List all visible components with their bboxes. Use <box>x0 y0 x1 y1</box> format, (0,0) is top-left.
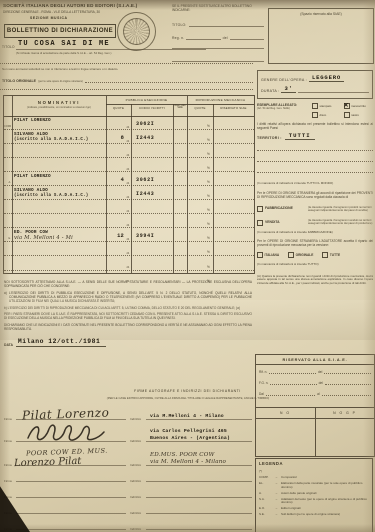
percent-mark: % <box>207 152 210 156</box>
siae-grid-col-nogp: N O G P <box>316 408 375 456</box>
signature-row: Firma Indirizzo via Carlos Pellegrini 46… <box>4 422 254 444</box>
siae-declaration-form-scan: SOCIETÀ ITALIANA DEGLI AUTORI ED EDITORI… <box>0 0 375 532</box>
address-text-2: via M. Melloni 4 - Milano <box>150 459 226 465</box>
percent-mark: % <box>207 265 210 269</box>
legend-item: S.A. – Adattatori del testo (per le oper… <box>259 498 369 505</box>
col-codici-iscritti: CODICI ISCRITTI <box>131 106 173 110</box>
quote-denominator: 24 <box>127 168 130 171</box>
checkbox-checked-icon: ✕ <box>344 103 350 109</box>
group-riproduzione-meccanica: RIPRODUZIONE MECCANICA <box>187 98 254 102</box>
col-nominativi-note: (indicare, possibilmente, un nominativo … <box>13 107 105 110</box>
fabbricazione-default-note: (In mancanza di indicazioni si intende F… <box>257 230 373 234</box>
legend-desc: Sub Editori (per le opere di origine str… <box>281 513 369 517</box>
territories-value: TUTTI <box>285 132 315 140</box>
clause-note: (la clausola riguarda i fonogrammi vendu… <box>308 219 373 226</box>
percent-mark: % <box>207 236 210 240</box>
quote-denominator: 24 <box>127 224 130 227</box>
table-row: E. ED. POOR COW via M. Melloni 4 - Mi 12… <box>4 228 254 242</box>
legend-title: LEGENDA <box>259 461 369 466</box>
checkbox-italiana: ITALIANA <box>257 252 279 258</box>
table-row: 24 % <box>4 256 254 270</box>
address-text-1: via M.Melloni 4 - Milano <box>150 414 224 419</box>
signature-line <box>16 497 126 498</box>
fabbricazione-clause: FABBRICAZIONE (la clausola riguarda i fo… <box>257 206 373 213</box>
territories-intro: I diritti relativi all'opera dichiarata … <box>257 122 373 130</box>
signature-row: Firma POOR COW ED. MUS. Lorenzo Pilat In… <box>4 444 254 468</box>
col-riservato-siae: RISERVATO SIAE <box>213 106 254 110</box>
signature-row: Firma Indirizzo <box>4 484 254 500</box>
blank-dotted-rule <box>257 161 373 162</box>
legend-desc: Autori delle parole originali <box>281 492 369 496</box>
row-category-tag: A. <box>4 181 11 184</box>
version-checkboxes: ITALIANA ORIGINALE TUTTE <box>257 252 373 258</box>
duration-label: DURATA : <box>261 89 279 93</box>
quote-denominator: 24 <box>127 210 130 213</box>
legend-abbr: S.E. <box>259 513 272 517</box>
member-code: I2443 <box>136 191 155 197</box>
attached-copy-sub: (Art. 54 del Reg. Gen. SIAE) <box>257 107 309 110</box>
indirizzo-label: Indirizzo <box>130 479 141 483</box>
member-code: I2443 <box>136 135 155 141</box>
subtitle-rule-note: Non sono ammessi sottotitoli se non si r… <box>2 67 118 71</box>
legend-item: COMP. – Compositori <box>259 476 369 480</box>
signature-line <box>16 481 126 482</box>
checkbox-label: ORIGINALE <box>296 253 314 257</box>
blank-dotted-rule <box>257 150 373 151</box>
field-label: al <box>317 392 319 396</box>
firma-label: Firma <box>4 479 12 483</box>
original-title-field: TITOLO ORIGINALE (per le sole opere di o… <box>2 77 253 83</box>
checkbox-icon <box>344 112 350 118</box>
checkbox-label: ITALIANA <box>265 253 280 257</box>
signatures-list: Firma Pilat Lorenzo Indirizzo via M.Mell… <box>4 402 254 532</box>
percent-mark: % <box>207 124 210 128</box>
clause-note: (la clausola riguarda i fonogrammi prodo… <box>308 206 373 213</box>
vendita-clause: VENDITA (la clausola riguarda i fonogram… <box>257 219 373 226</box>
col-header-nogp: N O G P <box>316 408 375 419</box>
table-header: NOMINATIVI (indicare, possibilmente, un … <box>4 96 254 117</box>
declarant-detail: (iscritto alla S.A.D.A.I.C.) <box>14 138 88 142</box>
checkbox-nastro: nastro <box>344 112 374 118</box>
field-label: del <box>319 381 323 385</box>
declarant-name: ED. POOR COW <box>14 230 48 235</box>
legend-items: COMP. – Compositori EL. – Elaboratori de… <box>259 476 369 517</box>
dal-al-field: Dal al <box>259 391 371 396</box>
indirizzo-label: Indirizzo <box>130 439 141 443</box>
col-riservato-siae-small: Riser- vato SIAE <box>173 105 187 110</box>
signature-row: Firma Indirizzo <box>4 516 254 532</box>
date-value: Milano 12/ott./1981 <box>16 338 106 347</box>
legend-item: E.O. – Editori originali <box>259 507 369 511</box>
field-label: del <box>223 36 228 40</box>
legend-item: A. – Autori delle parole originali <box>259 492 369 496</box>
genre-value: LEGGERO <box>309 74 344 82</box>
declarant-name: SILVANO ALDO <box>14 132 48 137</box>
siae-reserved-label: (Spazio riservato alla SIAE) <box>269 12 373 16</box>
table-vline <box>187 96 188 273</box>
stamp-emblem <box>123 18 150 45</box>
world-default-note: (In mancanza di indicazioni s'intende TU… <box>257 181 373 185</box>
checkbox-label: VENDITA <box>265 220 280 224</box>
signature-row: Firma Indirizzo <box>4 468 254 484</box>
duration-field: DURATA : 3' <box>261 85 369 93</box>
col-quote-rm: QUOTE <box>187 106 213 110</box>
signature-line <box>16 529 126 530</box>
declaration-p2: a) L'ESERCIZIO DEI DIRITTI DI PUBBLICA E… <box>4 291 252 303</box>
work-title-value: TU COSA SAI DI ME <box>18 40 110 48</box>
original-title-label: TITOLO ORIGINALE <box>2 79 36 83</box>
quote-denominator: 24 <box>127 196 130 199</box>
legend-desc: Adattatori del testo (per le opere di or… <box>281 498 369 505</box>
percent-mark: % <box>207 222 210 226</box>
firma-label: Firma <box>4 495 12 499</box>
siae-round-stamp-icon <box>117 12 156 51</box>
quote-value: 8 <box>104 135 124 141</box>
table-row: 24 % <box>4 158 254 172</box>
society-section: SEZIONE MUSICA <box>30 16 68 20</box>
checkbox-icon <box>257 206 263 212</box>
table-vline <box>106 96 107 273</box>
legend-desc: Editori originali <box>281 507 369 511</box>
declarant-detail: (iscritto alla S.A.D.A.I.C.) <box>14 194 88 198</box>
table-row: 24 % <box>4 144 254 158</box>
declaration-p4: PER I PAESI STRANIERI DOVE LA S.I.A.E. È… <box>4 312 252 320</box>
genre-label: GENERE DELL'OPERA : <box>261 78 307 82</box>
percent-mark: % <box>207 250 210 254</box>
address-line <box>146 529 252 530</box>
percent-mark: % <box>207 138 210 142</box>
percent-mark: % <box>207 194 210 198</box>
table-row: 24 % <box>4 214 254 228</box>
genre-field: GENERE DELL'OPERA : LEGGERO <box>261 74 369 82</box>
field-label: Reg. n. <box>172 36 184 40</box>
checkbox-label: disco <box>320 113 327 117</box>
legend-abbr: COMP. <box>259 476 272 480</box>
table-vline <box>12 96 13 273</box>
checkbox-icon <box>257 220 263 226</box>
quote-denominator: 24 <box>127 266 130 269</box>
title-underline <box>16 49 206 50</box>
declarants-table: NOMINATIVI (indicare, possibilmente, un … <box>3 95 255 274</box>
declaration-p3: b) L'ESERCIZIO DEI DIRITTI DI RIPRODUZIO… <box>4 306 252 310</box>
table-row: COMP. PILAT LORENZO 24 3062I % <box>4 116 254 130</box>
siae-reserved-title: RISERVATO ALLA S.I.A.E. <box>256 355 374 365</box>
signature-line <box>16 513 126 514</box>
legend-abbr: E.O. <box>259 507 272 511</box>
original-title-note: (per le sole opere di origine straniera) <box>38 80 83 83</box>
legend-item: EL. – Elaboratori della parte musicale (… <box>259 482 369 489</box>
checkbox-originale: ORIGINALE <box>288 252 313 258</box>
territories-label: TERRITORI : <box>257 136 282 140</box>
firma-label: Firma <box>4 417 12 421</box>
checkbox-tutte: TUTTE <box>322 252 340 258</box>
col-header-no: N O <box>256 408 315 419</box>
firma-label: Firma <box>4 527 12 531</box>
foreign-works-clause: Per le OPERE DI ORIGINE STRANIERA gli ac… <box>257 191 373 199</box>
substitute-note: SE IL PRESENTE SOSTITUISCE ALTRO BOLLETT… <box>172 4 264 12</box>
indirizzo-label: Indirizzo <box>130 417 141 421</box>
siae-grid-col-no: N O <box>256 408 316 456</box>
legend-dash: – <box>274 482 279 489</box>
tutto-default-note: (In mancanza di indicazioni si intende T… <box>257 262 373 266</box>
table-row: SILVANO ALDO (iscritto alla S.A.D.A.I.C.… <box>4 130 254 144</box>
attached-copy-block: ESEMPLARE ALLEGATO: (Art. 54 del Reg. Ge… <box>257 103 373 118</box>
address-line <box>146 441 252 442</box>
declarant-name: SILVANO ALDO <box>14 188 48 193</box>
address-line <box>146 497 252 498</box>
declarant-name: PILAT LORENZO <box>14 118 51 123</box>
legend-dash: – <box>274 498 279 505</box>
legend-abbr: A. <box>259 492 272 496</box>
legend-desc: Compositori <box>281 476 369 480</box>
declarant-detail: via M. Melloni 4 - Mi <box>14 235 73 241</box>
siae-reserved-box: RISERVATO ALLA S.I.A.E. Rif. n. del F.G.… <box>255 354 375 457</box>
note-a: (A) Qualora la presente dichiarazione no… <box>257 275 373 286</box>
quote-denominator: 24 <box>127 238 130 241</box>
quote-denominator: 24 <box>127 140 130 143</box>
checkbox-icon <box>288 252 294 258</box>
declarant-name: PILAT LORENZO <box>14 174 51 179</box>
col-quote-pe: QUOTE <box>106 106 131 110</box>
legend-abbr: EL. <box>259 482 272 489</box>
row-category-tag: E. <box>4 237 11 240</box>
legend-star: (*) <box>259 469 369 473</box>
checkbox-label: manoscritto <box>351 104 366 108</box>
field-label: Dal <box>259 392 264 396</box>
legend-item: S.E. – Sub Editori (per le opere di orig… <box>259 513 369 517</box>
siae-grid: N O N O G P <box>256 407 374 456</box>
work-details-panel: GENERE DELL'OPERA : LEGGERO DURATA : 3' … <box>257 70 373 286</box>
declaration-p5: DICHIARIAMO CHE LE INDICAZIONI E I DATI … <box>4 323 252 331</box>
checkbox-icon <box>257 252 263 258</box>
society-name: SOCIETÀ ITALIANA DEGLI AUTORI ED EDITORI… <box>3 3 173 8</box>
row-category-tag: COMP. <box>4 125 11 128</box>
field-label: del <box>318 370 322 374</box>
address-line <box>146 513 252 514</box>
indirizzo-label: Indirizzo <box>130 463 141 467</box>
quote-denominator: 24 <box>127 252 130 255</box>
group-pubblica-esecuzione: PUBBLICA ESECUZIONE <box>106 98 187 102</box>
table-row: 24 % <box>4 242 254 256</box>
firma-label: Firma <box>4 511 12 515</box>
checkbox-stampato: stampato <box>312 103 342 109</box>
legend-dash: – <box>274 476 279 480</box>
checkbox-manoscritto: ✕manoscritto <box>344 103 374 109</box>
duration-value: 3' <box>281 85 295 93</box>
blank-rule <box>172 61 264 62</box>
member-code: 3994I <box>136 233 155 239</box>
table-vline <box>213 104 214 273</box>
quote-value: 4 <box>104 177 124 183</box>
legend-abbr: S.A. <box>259 498 272 505</box>
checkbox-label: stampato <box>320 104 332 108</box>
legend-dash: – <box>274 507 279 511</box>
percent-mark: % <box>207 208 210 212</box>
table-row: A. PILAT LORENZO 4 24 3062I % <box>4 172 254 186</box>
date-field: DATA Milano 12/ott./1981 <box>4 338 252 347</box>
checkbox-label: TUTTE <box>330 253 340 257</box>
siae-reserved-space-box: (Spazio riservato alla SIAE) <box>268 8 374 64</box>
field-label: Rif. n. <box>259 370 267 374</box>
title-reservation-note: (Si richiede riserva di accettazione da … <box>16 51 111 55</box>
percent-mark: % <box>207 180 210 184</box>
date-label: DATA <box>4 343 13 347</box>
legend-desc: Elaboratori della parte musicale (per le… <box>281 482 369 489</box>
checkbox-icon <box>312 103 318 109</box>
quote-denominator: 24 <box>127 154 130 157</box>
table-row: 24 % <box>4 200 254 214</box>
substitute-title-field: TITOLO: <box>172 20 264 27</box>
checkbox-icon <box>312 112 318 118</box>
adapter-clause: Per le OPERE DI ORIGINE STRANIERA L'ADAT… <box>257 239 373 247</box>
indirizzo-label: Indirizzo <box>130 495 141 499</box>
signature-row: Firma Pilat Lorenzo Indirizzo via M.Mell… <box>4 402 254 422</box>
percent-mark: % <box>207 166 210 170</box>
separator <box>0 89 253 90</box>
table-row: SILVANO ALDO (iscritto alla S.A.D.A.I.C.… <box>4 186 254 200</box>
declaration-p1: NOI SOTTOSCRITTI ATTESTIAMO ALLA S.I.A.E… <box>4 280 252 288</box>
substitute-reg-field: Reg. n. del <box>172 33 264 40</box>
col-nominativi: NOMINATIVI <box>12 100 106 105</box>
quote-value: 12 <box>104 233 124 239</box>
indirizzo-label: Indirizzo <box>130 527 141 531</box>
territories-field: TERRITORI : TUTTI <box>257 132 373 140</box>
address-text-1: ED.MUS. POOR COW <box>150 452 215 458</box>
table-vline <box>173 104 174 273</box>
indirizzo-label: Indirizzo <box>130 511 141 515</box>
titolo-label: TITOLO <box>2 45 15 49</box>
legend-dash: – <box>274 492 279 496</box>
checkbox-icon <box>322 252 328 258</box>
member-code: 3062I <box>136 121 155 127</box>
table-vline <box>131 104 132 273</box>
field-label: TITOLO: <box>172 23 187 27</box>
rif-field: Rif. n. del <box>259 369 371 374</box>
quote-denominator: 24 <box>127 182 130 185</box>
society-address: DIREZIONE GENERALE - ROMA - V.LE DELLA L… <box>3 10 173 14</box>
checkbox-label: nastro <box>351 113 359 117</box>
address-text-2: Buenos Aires - (Argentina) <box>150 436 230 441</box>
scribble-signature <box>24 422 108 444</box>
genre-box: GENERE DELL'OPERA : LEGGERO DURATA : 3' <box>257 70 373 99</box>
address-line <box>146 481 252 482</box>
legend-box: LEGENDA (*) COMP. – Compositori EL. – El… <box>255 458 373 532</box>
address-text-1: via Carlos Pellegrini 465 <box>150 429 227 434</box>
quote-denominator: 24 <box>127 126 130 129</box>
legend-dash: – <box>274 513 279 517</box>
address-line <box>146 465 252 466</box>
declaration-block: NOI SOTTOSCRITTI ATTESTIAMO ALLA S.I.A.E… <box>4 280 252 347</box>
fg-field: F.G. n. del <box>259 380 371 385</box>
blank-dotted-rule <box>257 172 373 173</box>
checkbox-disco: disco <box>312 112 342 118</box>
field-label: F.G. n. <box>259 381 268 385</box>
checkbox-label: FABBRICAZIONE <box>265 206 293 210</box>
address-line <box>146 419 252 420</box>
form-title: BOLLETTINO DI DICHIARAZIONE <box>4 24 116 38</box>
firma-label: Firma <box>4 439 12 443</box>
separator <box>0 63 253 64</box>
table-body: COMP. PILAT LORENZO 24 3062I % SILVANO A… <box>4 116 254 273</box>
member-code: 3062I <box>136 177 155 183</box>
firma-label: Firma <box>4 463 12 467</box>
signature-row: Firma Indirizzo <box>4 500 254 516</box>
substitute-bulletin-block: SE IL PRESENTE SOSTITUISCE ALTRO BOLLETT… <box>172 4 264 12</box>
